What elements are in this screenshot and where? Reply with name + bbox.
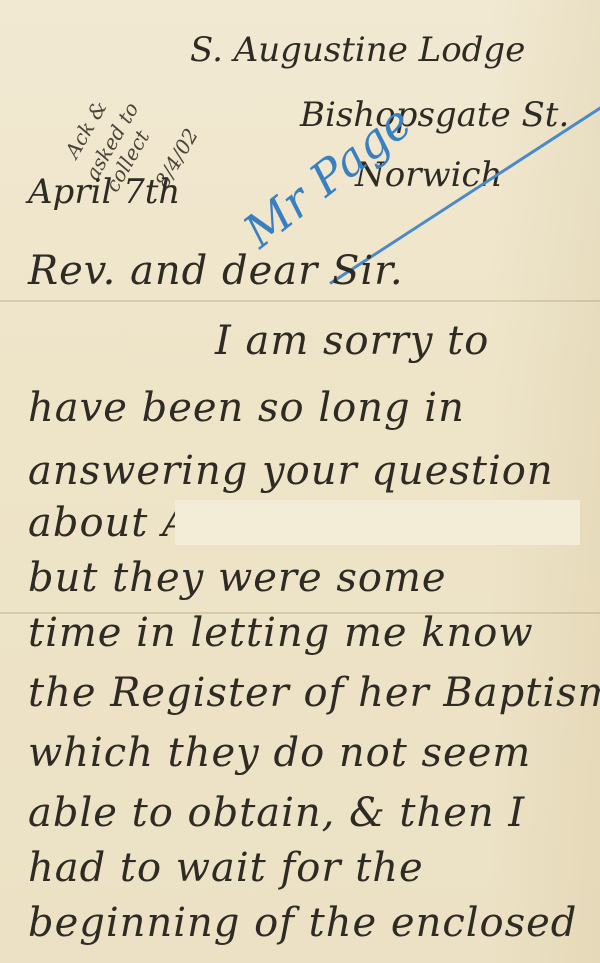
body-line: beginning of the enclosed [28, 900, 577, 946]
body-line: which they do not seem [28, 730, 531, 776]
paper-fold [0, 300, 600, 302]
body-line: the Register of her Baptism [28, 670, 600, 716]
body-line: answering your question [28, 448, 554, 494]
address-line-1: S. Augustine Lodge [190, 30, 525, 70]
body-line: had to wait for the [28, 845, 424, 891]
letter-page: Ack & asked to collect 8/4/02 S. Augusti… [0, 0, 600, 963]
letter-date: April 7th [28, 172, 180, 212]
body-line: have been so long in [28, 385, 465, 431]
body-line: I am sorry to [215, 318, 489, 364]
body-line: able to obtain, & then I [28, 790, 525, 836]
body-line: but they were some [28, 555, 447, 601]
address-line-2: Bishopsgate St. [300, 95, 569, 135]
body-line: about A [28, 500, 192, 546]
salutation: Rev. and dear Sir. [28, 248, 404, 294]
body-line: time in letting me know [28, 610, 534, 656]
redacted-area [175, 500, 580, 545]
